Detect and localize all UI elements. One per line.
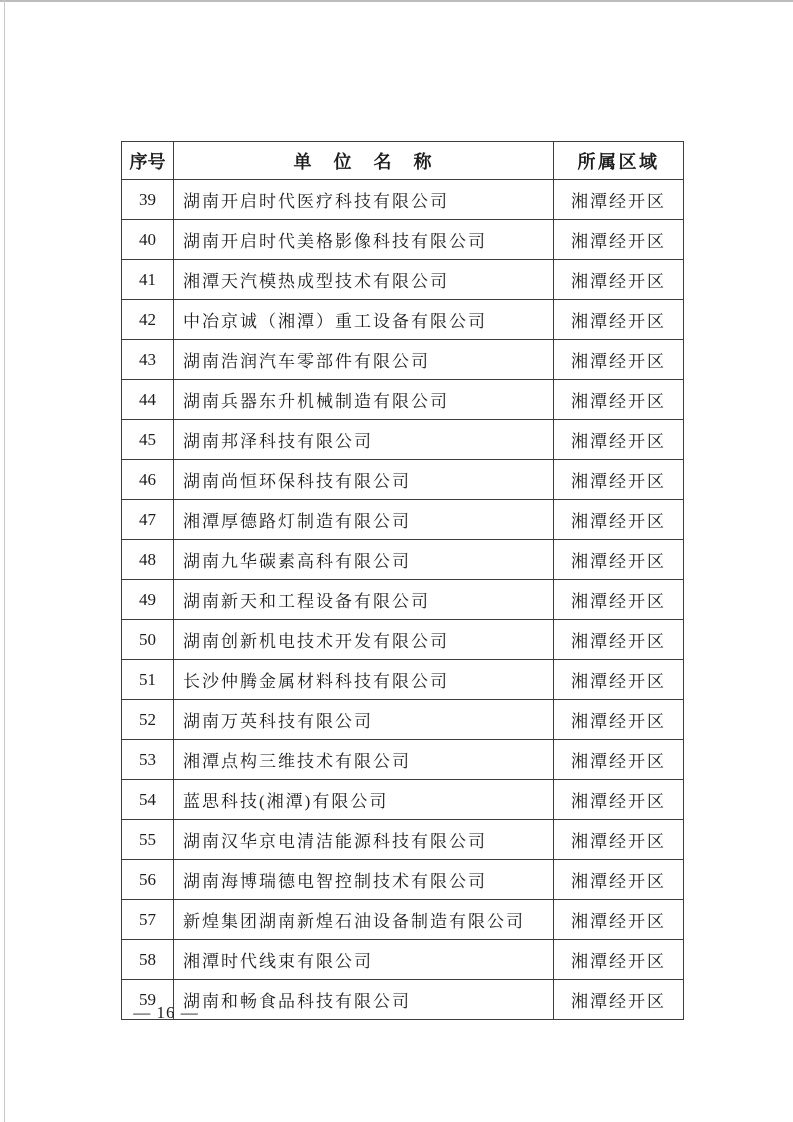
header-serial-number: 序号 [122,142,174,180]
region-cell: 湘潭经开区 [554,380,684,420]
row-number-cell: 49 [122,580,174,620]
row-number-cell: 44 [122,380,174,420]
region-cell: 湘潭经开区 [554,180,684,220]
region-cell: 湘潭经开区 [554,580,684,620]
row-number-cell: 42 [122,300,174,340]
region-cell: 湘潭经开区 [554,700,684,740]
table-row: 49 湖南新天和工程设备有限公司 湘潭经开区 [122,580,684,620]
company-table: 序号 单 位 名 称 所属区域 39 湖南开启时代医疗科技有限公司 湘潭经开区 … [121,141,684,1020]
region-cell: 湘潭经开区 [554,300,684,340]
table-row: 56 湖南海博瑞德电智控制技术有限公司 湘潭经开区 [122,860,684,900]
region-cell: 湘潭经开区 [554,460,684,500]
company-name-cell: 中冶京诚（湘潭）重工设备有限公司 [174,300,554,340]
table-row: 44 湖南兵器东升机械制造有限公司 湘潭经开区 [122,380,684,420]
company-name-cell: 湖南浩润汽车零部件有限公司 [174,340,554,380]
region-cell: 湘潭经开区 [554,220,684,260]
company-name-cell: 湘潭天汽模热成型技术有限公司 [174,260,554,300]
company-name-cell: 湖南开启时代美格影像科技有限公司 [174,220,554,260]
document-page: 序号 单 位 名 称 所属区域 39 湖南开启时代医疗科技有限公司 湘潭经开区 … [0,0,793,1122]
table-row: 50 湖南创新机电技术开发有限公司 湘潭经开区 [122,620,684,660]
company-name-cell: 湘潭厚德路灯制造有限公司 [174,500,554,540]
table-row: 39 湖南开启时代医疗科技有限公司 湘潭经开区 [122,180,684,220]
company-name-cell: 蓝思科技(湘潭)有限公司 [174,780,554,820]
region-cell: 湘潭经开区 [554,260,684,300]
region-cell: 湘潭经开区 [554,500,684,540]
region-cell: 湘潭经开区 [554,820,684,860]
table-row: 54 蓝思科技(湘潭)有限公司 湘潭经开区 [122,780,684,820]
company-name-cell: 湘潭点构三维技术有限公司 [174,740,554,780]
row-number-cell: 39 [122,180,174,220]
table-row: 48 湖南九华碳素高科有限公司 湘潭经开区 [122,540,684,580]
row-number-cell: 45 [122,420,174,460]
company-name-cell: 湖南开启时代医疗科技有限公司 [174,180,554,220]
region-cell: 湘潭经开区 [554,780,684,820]
region-cell: 湘潭经开区 [554,540,684,580]
row-number-cell: 54 [122,780,174,820]
company-name-cell: 湖南创新机电技术开发有限公司 [174,620,554,660]
company-name-cell: 湖南海博瑞德电智控制技术有限公司 [174,860,554,900]
company-name-cell: 湖南新天和工程设备有限公司 [174,580,554,620]
region-cell: 湘潭经开区 [554,900,684,940]
company-name-cell: 湘潭时代线束有限公司 [174,940,554,980]
company-name-cell: 长沙仲腾金属材料科技有限公司 [174,660,554,700]
region-cell: 湘潭经开区 [554,940,684,980]
company-name-cell: 湖南尚恒环保科技有限公司 [174,460,554,500]
row-number-cell: 52 [122,700,174,740]
scan-edge-top [0,0,793,2]
table-header: 序号 单 位 名 称 所属区域 [122,142,684,180]
table-row: 46 湖南尚恒环保科技有限公司 湘潭经开区 [122,460,684,500]
company-name-cell: 湖南和畅食品科技有限公司 [174,980,554,1020]
header-unit-name: 单 位 名 称 [174,142,554,180]
row-number-cell: 51 [122,660,174,700]
region-cell: 湘潭经开区 [554,340,684,380]
region-cell: 湘潭经开区 [554,620,684,660]
table-row: 43 湖南浩润汽车零部件有限公司 湘潭经开区 [122,340,684,380]
company-name-cell: 湖南九华碳素高科有限公司 [174,540,554,580]
company-name-cell: 湖南万英科技有限公司 [174,700,554,740]
row-number-cell: 46 [122,460,174,500]
row-number-cell: 47 [122,500,174,540]
company-name-cell: 湖南兵器东升机械制造有限公司 [174,380,554,420]
region-cell: 湘潭经开区 [554,740,684,780]
table-row: 47 湘潭厚德路灯制造有限公司 湘潭经开区 [122,500,684,540]
page-number: — 16 — [121,1003,211,1023]
table-row: 45 湖南邦泽科技有限公司 湘潭经开区 [122,420,684,460]
table-row: 58 湘潭时代线束有限公司 湘潭经开区 [122,940,684,980]
row-number-cell: 50 [122,620,174,660]
row-number-cell: 57 [122,900,174,940]
row-number-cell: 48 [122,540,174,580]
table-row: 57 新煌集团湖南新煌石油设备制造有限公司 湘潭经开区 [122,900,684,940]
region-cell: 湘潭经开区 [554,860,684,900]
header-row: 序号 单 位 名 称 所属区域 [122,142,684,180]
region-cell: 湘潭经开区 [554,980,684,1020]
company-name-cell: 湖南汉华京电清洁能源科技有限公司 [174,820,554,860]
company-name-cell: 新煌集团湖南新煌石油设备制造有限公司 [174,900,554,940]
row-number-cell: 43 [122,340,174,380]
row-number-cell: 56 [122,860,174,900]
row-number-cell: 41 [122,260,174,300]
table-row: 55 湖南汉华京电清洁能源科技有限公司 湘潭经开区 [122,820,684,860]
table-row: 40 湖南开启时代美格影像科技有限公司 湘潭经开区 [122,220,684,260]
company-name-cell: 湖南邦泽科技有限公司 [174,420,554,460]
table-row: 42 中冶京诚（湘潭）重工设备有限公司 湘潭经开区 [122,300,684,340]
region-cell: 湘潭经开区 [554,660,684,700]
row-number-cell: 55 [122,820,174,860]
region-cell: 湘潭经开区 [554,420,684,460]
row-number-cell: 53 [122,740,174,780]
table-row: 51 长沙仲腾金属材料科技有限公司 湘潭经开区 [122,660,684,700]
row-number-cell: 40 [122,220,174,260]
table-row: 53 湘潭点构三维技术有限公司 湘潭经开区 [122,740,684,780]
scan-edge-left [4,0,5,1122]
table-row: 52 湖南万英科技有限公司 湘潭经开区 [122,700,684,740]
row-number-cell: 58 [122,940,174,980]
header-region: 所属区域 [554,142,684,180]
table-row: 41 湘潭天汽模热成型技术有限公司 湘潭经开区 [122,260,684,300]
table-body: 39 湖南开启时代医疗科技有限公司 湘潭经开区 40 湖南开启时代美格影像科技有… [122,180,684,1020]
